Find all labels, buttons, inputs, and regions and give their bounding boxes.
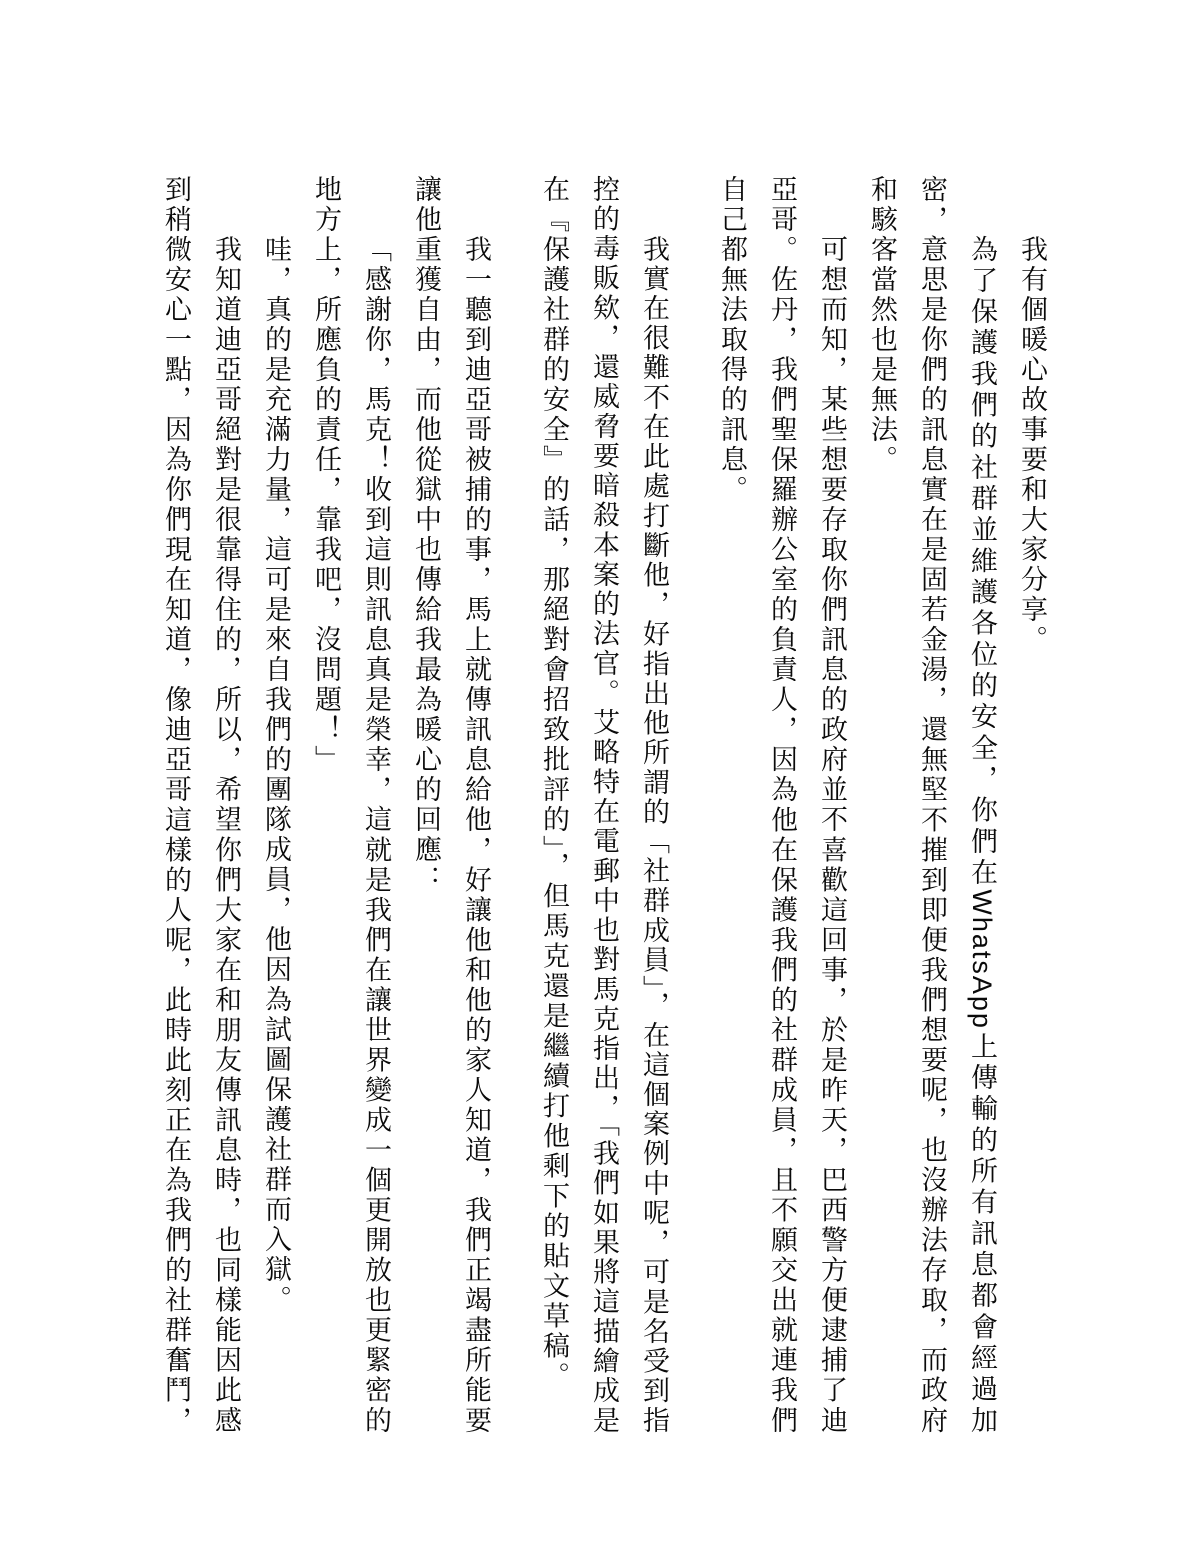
text-line: 我一聽到迪亞哥被捕的事，馬上就傳訊息給他，好讓他和他的家人知道，我們正竭盡所能要 xyxy=(451,175,501,1435)
text-line: 地方上，所應負的責任，靠我吧，沒問題！」 xyxy=(301,175,351,1435)
text-line: 「感謝你，馬克！收到這則訊息真是榮幸，這就是我們在讓世界變成一個更開放也更緊密的 xyxy=(351,175,401,1435)
text-line: 我實在很難不在此處打斷他，好指出他所謂的「社群成員」，在這個案例中呢，可是名受到… xyxy=(629,175,679,1435)
text-line: 哇，真的是充滿力量，這可是來自我們的團隊成員，他因為試圖保護社群而入獄。 xyxy=(251,175,301,1435)
text-line: 在『保護社群的安全』的話，那絕對會招致批評的」，但馬克還是繼續打他剩下的貼文草稿… xyxy=(529,175,579,1435)
text-line: 亞哥。佐丹，我們聖保羅辦公室的負責人，因為他在保護我們的社群成員，且不願交出就連… xyxy=(757,175,807,1435)
text-line: 我知道迪亞哥絕對是很靠得住的，所以，希望你們大家在和朋友傳訊息時，也同樣能因此感 xyxy=(201,175,251,1435)
text-line: 和駭客當然也是無法。 xyxy=(857,175,907,1435)
text-line: 密，意思是你們的訊息實在是固若金湯，還無堅不摧到即便我們想要呢，也沒辦法存取，而… xyxy=(907,175,957,1435)
text-line: 讓他重獲自由，而他從獄中也傳給我最為暖心的回應： xyxy=(401,175,451,1435)
text-line: 可想而知，某些想要存取你們訊息的政府並不喜歡這回事，於是昨天，巴西警方便逮捕了迪 xyxy=(807,175,857,1435)
page-text: 我有個暖心故事要和大家分享。 為了保護我們的社群並維護各位的安全，你們在What… xyxy=(151,175,1057,1435)
text-line: 我有個暖心故事要和大家分享。 xyxy=(1007,175,1057,1435)
text-line: 自己都無法取得的訊息。 xyxy=(707,175,757,1435)
text-line: 到稍微安心一點，因為你們現在知道，像迪亞哥這樣的人呢，此時此刻正在為我們的社群奮… xyxy=(151,175,201,1435)
book-page: 我有個暖心故事要和大家分享。 為了保護我們的社群並維護各位的安全，你們在What… xyxy=(0,0,1200,1553)
text-line: 為了保護我們的社群並維護各位的安全，你們在WhatsApp上傳輸的所有訊息都會經… xyxy=(957,175,1007,1435)
text-line: 控的毒販欸，還威脅要暗殺本案的法官。艾略特在電郵中也對馬克指出，「我們如果將這描… xyxy=(579,175,629,1435)
